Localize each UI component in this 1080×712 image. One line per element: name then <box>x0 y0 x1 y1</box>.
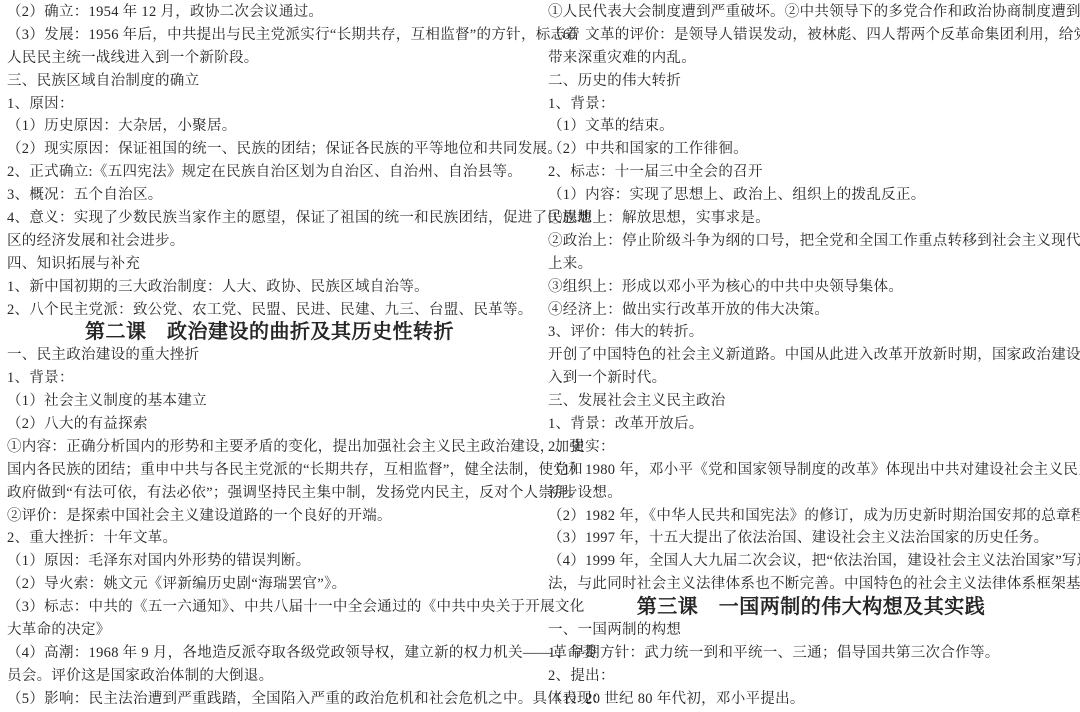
text-line: 4、意义：实现了少数民族当家作主的愿望，保证了祖国的统一和民族团结，促进了民族地 <box>7 207 532 230</box>
text-line: （1）原因：毛泽东对国内外形势的错误判断。 <box>7 550 532 573</box>
text-line: ④经济上：做出实行改革开放的伟大决策。 <box>548 299 1074 322</box>
text-line: （4）1999 年，全国人大九届二次会议，把“依法治国，建设社会主义法治国家”写… <box>548 550 1074 573</box>
text-line: （2）八大的有益探索 <box>7 413 532 436</box>
text-line: （1）1980 年，邓小平《党和国家领导制度的改革》体现出中共对建设社会主义民主… <box>548 459 1074 482</box>
text-line: 3、概况：五个自治区。 <box>7 184 532 207</box>
text-line: 2、标志：十一届三中全会的召开 <box>548 161 1074 184</box>
text-line: 2、重大挫折：十年文革。 <box>7 527 532 550</box>
text-line: 一、民主政治建设的重大挫折 <box>7 344 532 367</box>
text-line: （3）发展：1956 年后，中共提出与民主党派实行“长期共存，互相监督”的方针，… <box>7 24 532 47</box>
text-line: 初步设想。 <box>548 482 1074 505</box>
text-line: （3）标志：中共的《五一六通知》、中共八届十一中全会通过的《中共中央关于开展文化 <box>7 596 532 619</box>
document-page: （2）确立：1954 年 12 月，政协二次会议通过。（3）发展：1956 年后… <box>0 0 1080 712</box>
text-line: 带来深重灾难的内乱。 <box>548 47 1074 70</box>
text-line: 2、八个民主党派：致公党、农工党、民盟、民进、民建、九三、台盟、民革等。 <box>7 299 532 322</box>
text-line: 人民民主统一战线进入到一个新阶段。 <box>7 47 532 70</box>
text-line: 三、发展社会主义民主政治 <box>548 390 1074 413</box>
text-line: 三、民族区域自治制度的确立 <box>7 70 532 93</box>
text-line: （1）内容：实现了思想上、政治上、组织上的拨乱反正。 <box>548 184 1074 207</box>
text-line: （1）历史原因：大杂居，小聚居。 <box>7 115 532 138</box>
text-line: （2）中共和国家的工作徘徊。 <box>548 138 1074 161</box>
text-line: （2）确立：1954 年 12 月，政协二次会议通过。 <box>7 1 532 24</box>
text-line: 1、背景： <box>7 367 532 390</box>
text-line: （3）1997 年，十五大提出了依法治国、建设社会主义法治国家的历史任务。 <box>548 527 1074 550</box>
text-line: ①内容：正确分析国内的形势和主要矛盾的变化，提出加强社会主义民主政治建设，加强 <box>7 436 532 459</box>
text-line: 2、提出： <box>548 665 1074 688</box>
text-line: 1、新中国初期的三大政治制度：人大、政协、民族区域自治等。 <box>7 276 532 299</box>
text-line: （4）高潮：1968 年 9 月，各地造反派夺取各级党政领导权，建立新的权力机关… <box>7 642 532 665</box>
text-line: 3、评价：伟大的转折。 <box>548 321 1074 344</box>
text-line: 2、史实： <box>548 436 1074 459</box>
left-text-column: （2）确立：1954 年 12 月，政协二次会议通过。（3）发展：1956 年后… <box>0 0 540 712</box>
text-line: ①思想上：解放思想，实事求是。 <box>548 207 1074 230</box>
section-heading: 第三课 一国两制的伟大构想及其实践 <box>548 596 1074 619</box>
text-line: 大革命的决定》 <box>7 619 532 642</box>
section-heading: 第二课 政治建设的曲折及其历史性转折 <box>7 321 532 344</box>
text-line: 国内各民族的团结；重申中共与各民主党派的“长期共存，互相监督”，健全法制，使党和 <box>7 459 532 482</box>
text-line: 1、早期方针：武力统一到和平统一、三通；倡导国共第三次合作等。 <box>548 642 1074 665</box>
text-line: 开创了中国特色的社会主义新道路。中国从此进入改革开放新时期，国家政治建设从此进 <box>548 344 1074 367</box>
text-line: （6）文革的评价：是领导人错误发动，被林彪、四人帮两个反革命集团利用，给党和国家 <box>548 24 1074 47</box>
text-line: 法，与此同时社会主义法律体系也不断完善。中国特色的社会主义法律体系框架基本形成。 <box>548 573 1074 596</box>
text-line: 四、知识拓展与补充 <box>7 253 532 276</box>
text-line: （2）1982 年，《中华人民共和国宪法》的修订，成为历史新时期治国安邦的总章程… <box>548 505 1074 528</box>
text-line: 二、历史的伟大转折 <box>548 70 1074 93</box>
text-line: ③组织上：形成以邓小平为核心的中共中央领导集体。 <box>548 276 1074 299</box>
text-line: （1）20 世纪 80 年代初，邓小平提出。 <box>548 688 1074 711</box>
text-line: 1、原因： <box>7 93 532 116</box>
text-line: ②评价：是探索中国社会主义建设道路的一个良好的开端。 <box>7 505 532 528</box>
text-line: 区的经济发展和社会进步。 <box>7 230 532 253</box>
text-line: （5）影响：民主法治遭到严重践踏，全国陷入严重的政治危机和社会危机之中。具体表现… <box>7 688 532 711</box>
text-line: （1）文革的结束。 <box>548 115 1074 138</box>
right-text-column: ①人民代表大会制度遭到严重破坏。②中共领导下的多党合作和政治协商制度遭到摧残。（… <box>540 0 1080 712</box>
text-line: （2）导火索：姚文元《评新编历史剧“海瑞罢官”》。 <box>7 573 532 596</box>
text-line: 1、背景：改革开放后。 <box>548 413 1074 436</box>
text-line: （2）现实原因：保证祖国的统一、民族的团结；保证各民族的平等地位和共同发展。 <box>7 138 532 161</box>
text-line: 入到一个新时代。 <box>548 367 1074 390</box>
text-line: （1）社会主义制度的基本建立 <box>7 390 532 413</box>
text-line: 一、一国两制的构想 <box>548 619 1074 642</box>
text-line: 1、背景： <box>548 93 1074 116</box>
text-line: 2、正式确立:《五四宪法》规定在民族自治区划为自治区、自治州、自治县等。 <box>7 161 532 184</box>
text-line: ②政治上：停止阶级斗争为纲的口号，把全党和全国工作重点转移到社会主义现代化建设 <box>548 230 1074 253</box>
text-line: 政府做到“有法可依，有法必依”；强调坚持民主集中制，发扬党内民主，反对个人崇拜。 <box>7 482 532 505</box>
text-line: 员会。评价这是国家政治体制的大倒退。 <box>7 665 532 688</box>
text-line: ①人民代表大会制度遭到严重破坏。②中共领导下的多党合作和政治协商制度遭到摧残。 <box>548 1 1074 24</box>
text-line: 上来。 <box>548 253 1074 276</box>
